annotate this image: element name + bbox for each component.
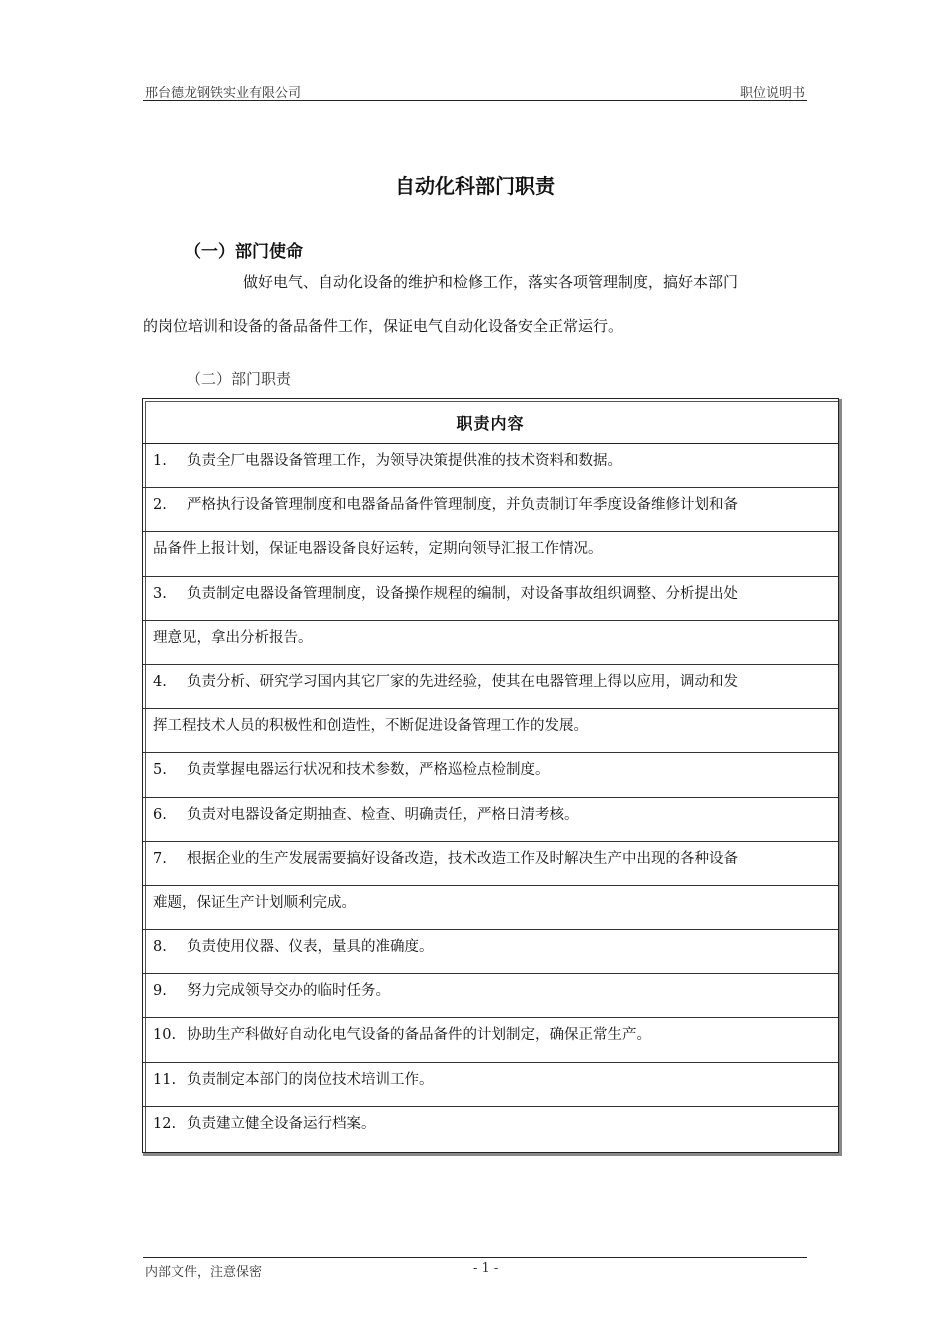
table-row: 5.负责掌握电器运行状况和技术参数，严格巡检点检制度。: [143, 753, 838, 797]
table-row: 难题，保证生产计划顺利完成。: [143, 886, 838, 930]
row-text: 负责掌握电器运行状况和技术参数，严格巡检点检制度。: [187, 762, 550, 778]
page-number: - 1 -: [473, 1261, 498, 1276]
table-row: 9.努力完成领导交办的临时任务。: [143, 974, 838, 1018]
table-row: 理意见，拿出分析报告。: [143, 621, 838, 665]
row-text: 严格执行设备管理制度和电器备品备件管理制度，并负责制订年季度设备维修计划和备: [187, 497, 738, 513]
row-text: 根据企业的生产发展需要搞好设备改造，技术改造工作及时解决生产中出现的各种设备: [187, 851, 738, 867]
row-number: 9.: [153, 974, 187, 1008]
table-row: 7.根据企业的生产发展需要搞好设备改造，技术改造工作及时解决生产中出现的各种设备: [143, 842, 838, 886]
confidential-note: 内部文件，注意保密: [145, 1261, 262, 1280]
row-text: 理意见，拿出分析报告。: [153, 630, 313, 646]
row-number: 4.: [153, 665, 187, 699]
document-type: 职位说明书: [740, 82, 805, 101]
row-text: 品备件上报计划，保证电器设备良好运转，定期向领导汇报工作情况。: [153, 541, 603, 557]
page-title: 自动化科部门职责: [0, 170, 950, 199]
row-number: 2.: [153, 488, 187, 522]
table-row: 8.负责使用仪器、仪表，量具的准确度。: [143, 930, 838, 974]
row-number: 10.: [153, 1018, 187, 1052]
row-number: 8.: [153, 930, 187, 964]
row-text: 负责全厂电器设备管理工作，为领导决策提供准的技术资料和数据。: [187, 453, 622, 469]
row-number: 3.: [153, 577, 187, 611]
page-footer: 内部文件，注意保密 - 1 -: [143, 1257, 807, 1278]
row-text: 负责制定电器设备管理制度，设备操作规程的编制，对设备事故组织调整、分析提出处: [187, 586, 738, 602]
row-text: 难题，保证生产计划顺利完成。: [153, 895, 356, 911]
row-text: 负责使用仪器、仪表，量具的准确度。: [187, 939, 434, 955]
mission-paragraph-line-2: 的岗位培训和设备的备品备件工作，保证电气自动化设备安全正常运行。: [143, 304, 807, 348]
row-number: 7.: [153, 842, 187, 876]
table-row: 11.负责制定本部门的岗位技术培训工作。: [143, 1063, 838, 1107]
row-text: 负责制定本部门的岗位技术培训工作。: [187, 1072, 434, 1088]
table-row: 挥工程技术人员的积极性和创造性，不断促进设备管理工作的发展。: [143, 709, 838, 753]
page-header: 邢台德龙钢铁实业有限公司 职位说明书: [143, 82, 807, 101]
row-text: 负责建立健全设备运行档案。: [187, 1116, 376, 1132]
table-header: 职责内容: [143, 399, 838, 444]
section-heading-mission: （一）部门使命: [184, 237, 303, 262]
row-number: 12.: [153, 1107, 187, 1141]
table-row: 6.负责对电器设备定期抽查、检查、明确责任，严格日清考核。: [143, 798, 838, 842]
mission-paragraph-line-1: 做好电气、自动化设备的维护和检修工作，落实各项管理制度，搞好本部门: [143, 260, 807, 304]
table-row: 1.负责全厂电器设备管理工作，为领导决策提供准的技术资料和数据。: [143, 444, 838, 488]
row-number: 5.: [153, 753, 187, 787]
row-text: 努力完成领导交办的临时任务。: [187, 983, 390, 999]
table-row: 10.协助生产科做好自动化电气设备的备品备件的计划制定，确保正常生产。: [143, 1018, 838, 1062]
row-text: 协助生产科做好自动化电气设备的备品备件的计划制定，确保正常生产。: [187, 1027, 651, 1043]
duties-table: 职责内容 1.负责全厂电器设备管理工作，为领导决策提供准的技术资料和数据。 2.…: [142, 398, 839, 1153]
table-row: 3.负责制定电器设备管理制度，设备操作规程的编制，对设备事故组织调整、分析提出处: [143, 577, 838, 621]
table-row: 品备件上报计划，保证电器设备良好运转，定期向领导汇报工作情况。: [143, 532, 838, 576]
table-row: 2.严格执行设备管理制度和电器备品备件管理制度，并负责制订年季度设备维修计划和备: [143, 488, 838, 532]
row-number: 1.: [153, 444, 187, 478]
table-row: 4.负责分析、研究学习国内其它厂家的先进经验，使其在电器管理上得以应用，调动和发: [143, 665, 838, 709]
row-text: 负责分析、研究学习国内其它厂家的先进经验，使其在电器管理上得以应用，调动和发: [187, 674, 738, 690]
row-number: 6.: [153, 798, 187, 832]
row-number: 11.: [153, 1063, 187, 1097]
company-name: 邢台德龙钢铁实业有限公司: [145, 82, 301, 101]
table-row: 12.负责建立健全设备运行档案。: [143, 1107, 838, 1150]
row-text: 挥工程技术人员的积极性和创造性，不断促进设备管理工作的发展。: [153, 718, 588, 734]
section-heading-duties: （二）部门职责: [186, 368, 291, 389]
row-text: 负责对电器设备定期抽查、检查、明确责任，严格日清考核。: [187, 807, 579, 823]
